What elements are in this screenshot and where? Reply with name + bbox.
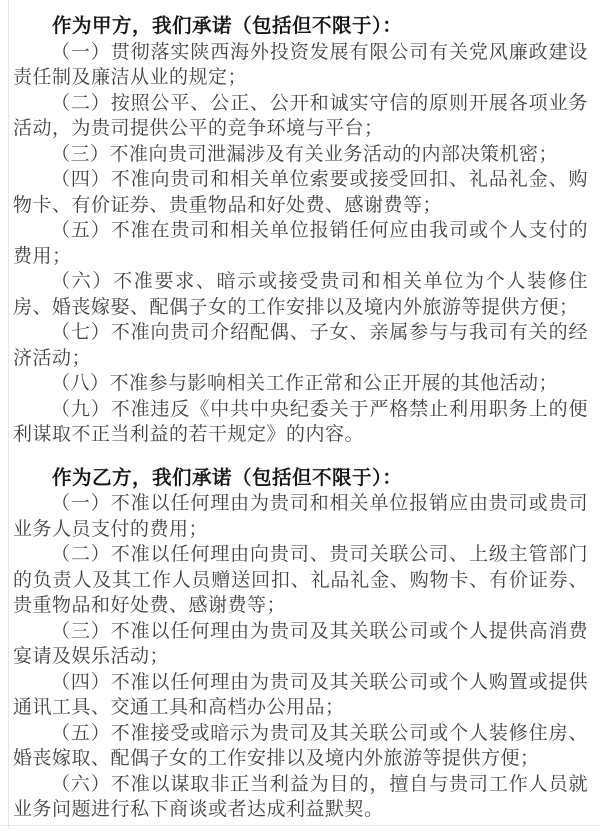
section-heading: 作为乙方，我们承诺（包括但不限于）：: [13, 466, 588, 492]
commitment-item: （五）不准接受或暗示为贵司及其关联公司或个人装修住房、婚丧嫁取、配偶子女的工作安…: [13, 721, 588, 772]
commitment-section-party-b: 作为乙方，我们承诺（包括但不限于）：（一）不准以任何理由为贵司和相关单位报销应由…: [13, 466, 588, 823]
commitment-item: （六）不准以谋取非正当利益为目的，擅自与贵司工作人员就业务问题进行私下商谈或者达…: [13, 772, 588, 823]
commitment-item: （三）不准以任何理由为贵司及其关联公司或个人提供高消费宴请及娱乐活动；: [13, 619, 588, 670]
commitment-item: （二）按照公平、公正、公开和诚实守信的原则开展各项业务活动，为贵司提供公平的竞争…: [13, 91, 588, 142]
commitment-item: （一）贯彻落实陕西海外投资发展有限公司有关党风廉政建设责任制及廉洁从业的规定；: [13, 40, 588, 91]
section-heading: 作为甲方，我们承诺（包括但不限于）：: [13, 14, 588, 40]
commitment-item: （五）不准在贵司和相关单位报销任何应由我司或个人支付的费用；: [13, 218, 588, 269]
commitment-item: （四）不准以任何理由为贵司及其关联公司或个人购置或提供通讯工具、交通工具和高档办…: [13, 670, 588, 721]
page-bottom-edge-line: [0, 825, 600, 826]
commitment-item: （四）不准向贵司和相关单位索要或接受回扣、礼品礼金、购物卡、有价证券、贵重物品和…: [13, 167, 588, 218]
document-page: 作为甲方，我们承诺（包括但不限于）：（一）贯彻落实陕西海外投资发展有限公司有关党…: [0, 0, 600, 830]
commitment-section-party-a: 作为甲方，我们承诺（包括但不限于）：（一）贯彻落实陕西海外投资发展有限公司有关党…: [13, 14, 588, 448]
document-body: 作为甲方，我们承诺（包括但不限于）：（一）贯彻落实陕西海外投资发展有限公司有关党…: [13, 14, 588, 823]
commitment-item: （七）不准向贵司介绍配偶、子女、亲属参与与我司有关的经济活动；: [13, 320, 588, 371]
commitment-item: （六）不准要求、暗示或接受贵司和相关单位为个人装修住房、婚丧嫁娶、配偶子女的工作…: [13, 269, 588, 320]
page-left-edge-line: [8, 0, 9, 830]
commitment-item: （二）不准以任何理由向贵司、贵司关联公司、上级主管部门的负责人及其工作人员赠送回…: [13, 542, 588, 619]
commitment-item: （八）不准参与影响相关工作正常和公正开展的其他活动；: [13, 371, 588, 397]
commitment-item: （三）不准向贵司泄漏涉及有关业务活动的内部决策机密；: [13, 142, 588, 168]
commitment-item: （九）不准违反《中共中央纪委关于严格禁止利用职务上的便利谋取不正当利益的若干规定…: [13, 397, 588, 448]
commitment-item: （一）不准以任何理由为贵司和相关单位报销应由贵司或贵司业务人员支付的费用；: [13, 491, 588, 542]
